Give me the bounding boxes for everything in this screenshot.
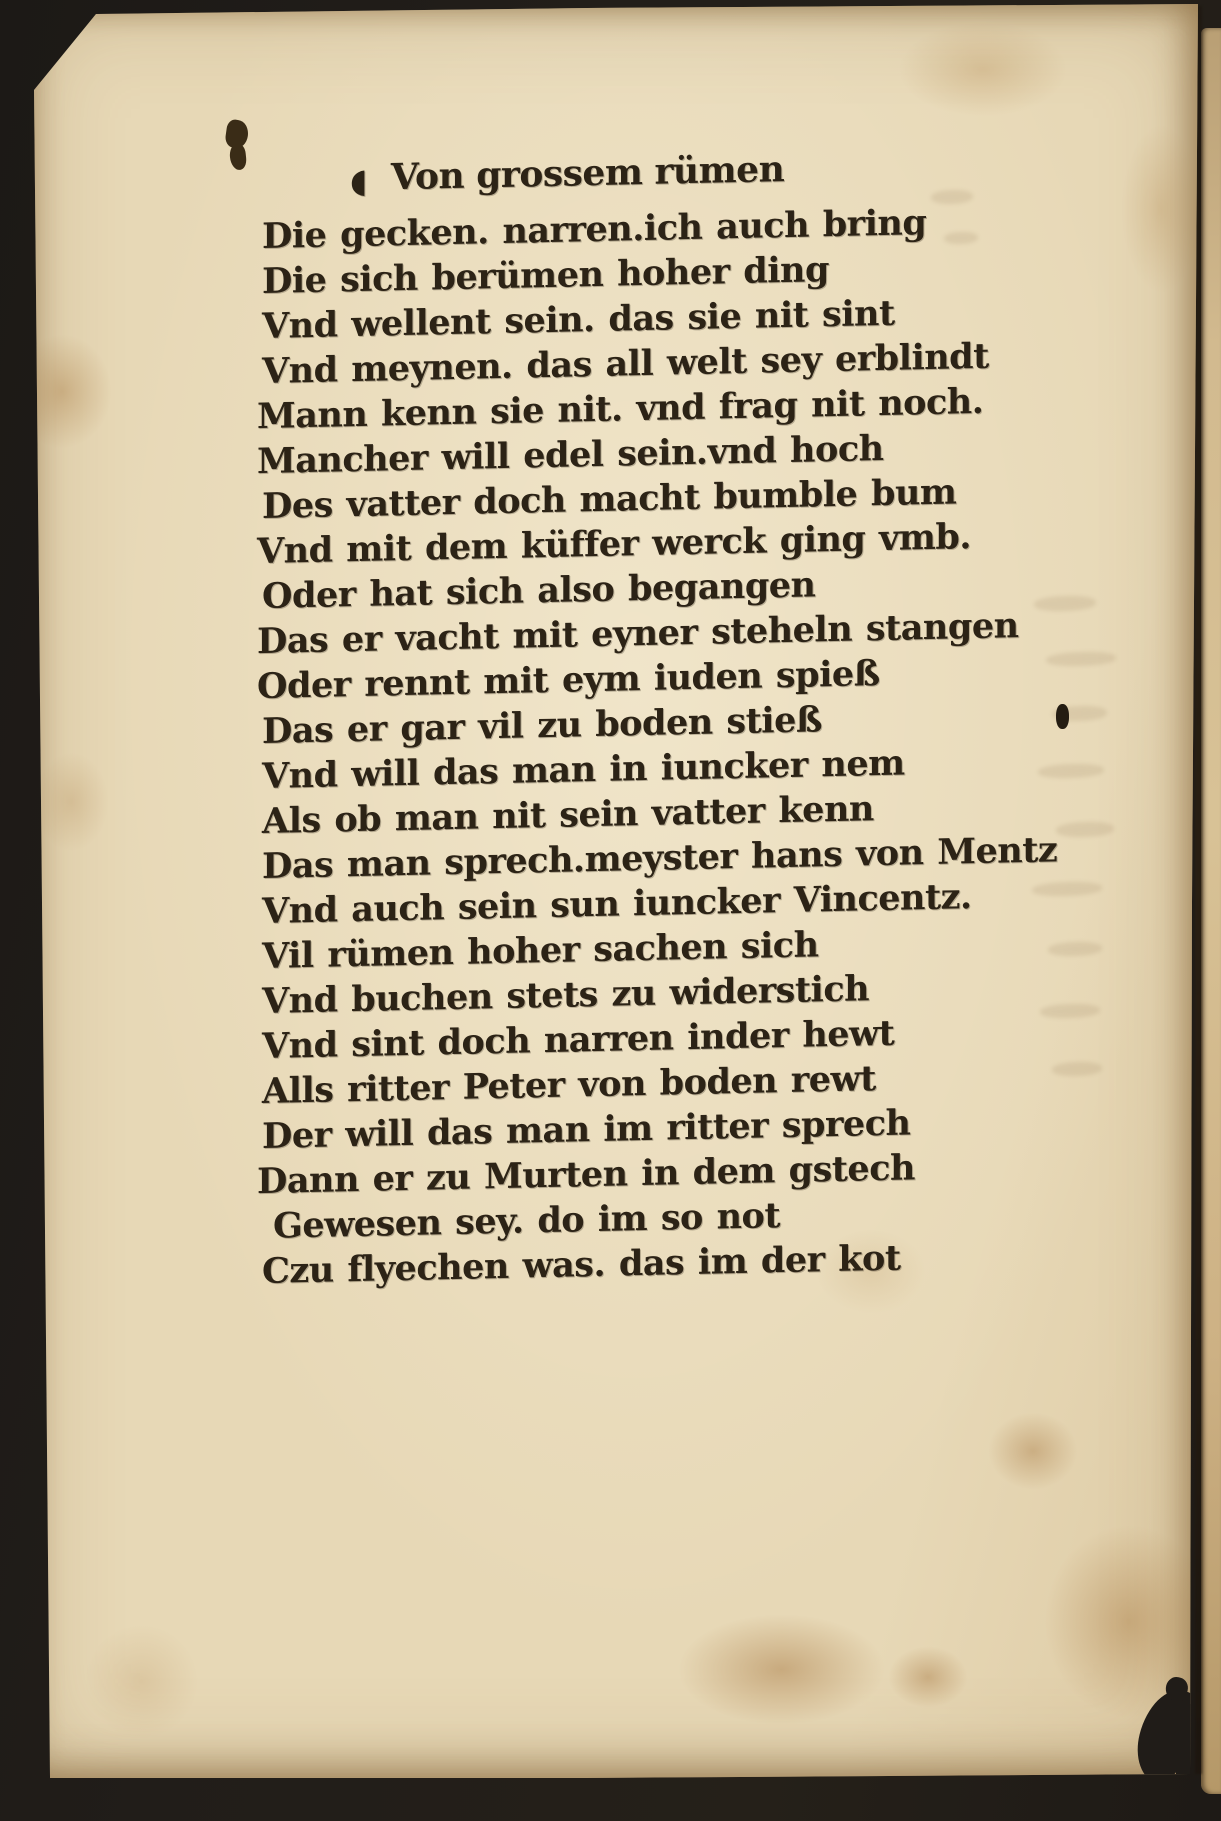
chapter-title: Von grossem rümen xyxy=(391,148,784,198)
paragraph-mark-icon: ◖ xyxy=(350,161,367,200)
stain xyxy=(12,334,112,449)
show-through-mark xyxy=(1048,941,1102,957)
page-corner-curl xyxy=(1129,1683,1203,1789)
show-through-mark xyxy=(1046,651,1116,667)
scan-background: ◖Von grossem rümen Die gecken. narren.ic… xyxy=(0,0,1221,1821)
next-page-edge xyxy=(1201,28,1221,1794)
stain xyxy=(888,1646,968,1708)
stain xyxy=(84,1624,199,1739)
chapter-heading: ◖Von grossem rümen xyxy=(350,141,1052,203)
show-through-mark xyxy=(1052,705,1107,722)
stain xyxy=(674,1612,889,1727)
ink-blot xyxy=(224,119,250,150)
stain xyxy=(1044,1524,1214,1719)
stain xyxy=(1121,124,1201,294)
show-through-mark xyxy=(1052,1061,1102,1077)
stain xyxy=(988,1412,1078,1490)
stain xyxy=(34,752,109,852)
book-page: ◖Von grossem rümen Die gecken. narren.ic… xyxy=(26,4,1198,1778)
verse-lines: Die gecken. narren.ich auch bring Die si… xyxy=(262,197,1052,1294)
stain xyxy=(898,22,1068,117)
show-through-mark xyxy=(1056,821,1114,838)
ink-blot xyxy=(229,143,248,171)
ink-blot xyxy=(1056,704,1069,729)
text-block: ◖Von grossem rümen Die gecken. narren.ic… xyxy=(262,141,1052,1294)
